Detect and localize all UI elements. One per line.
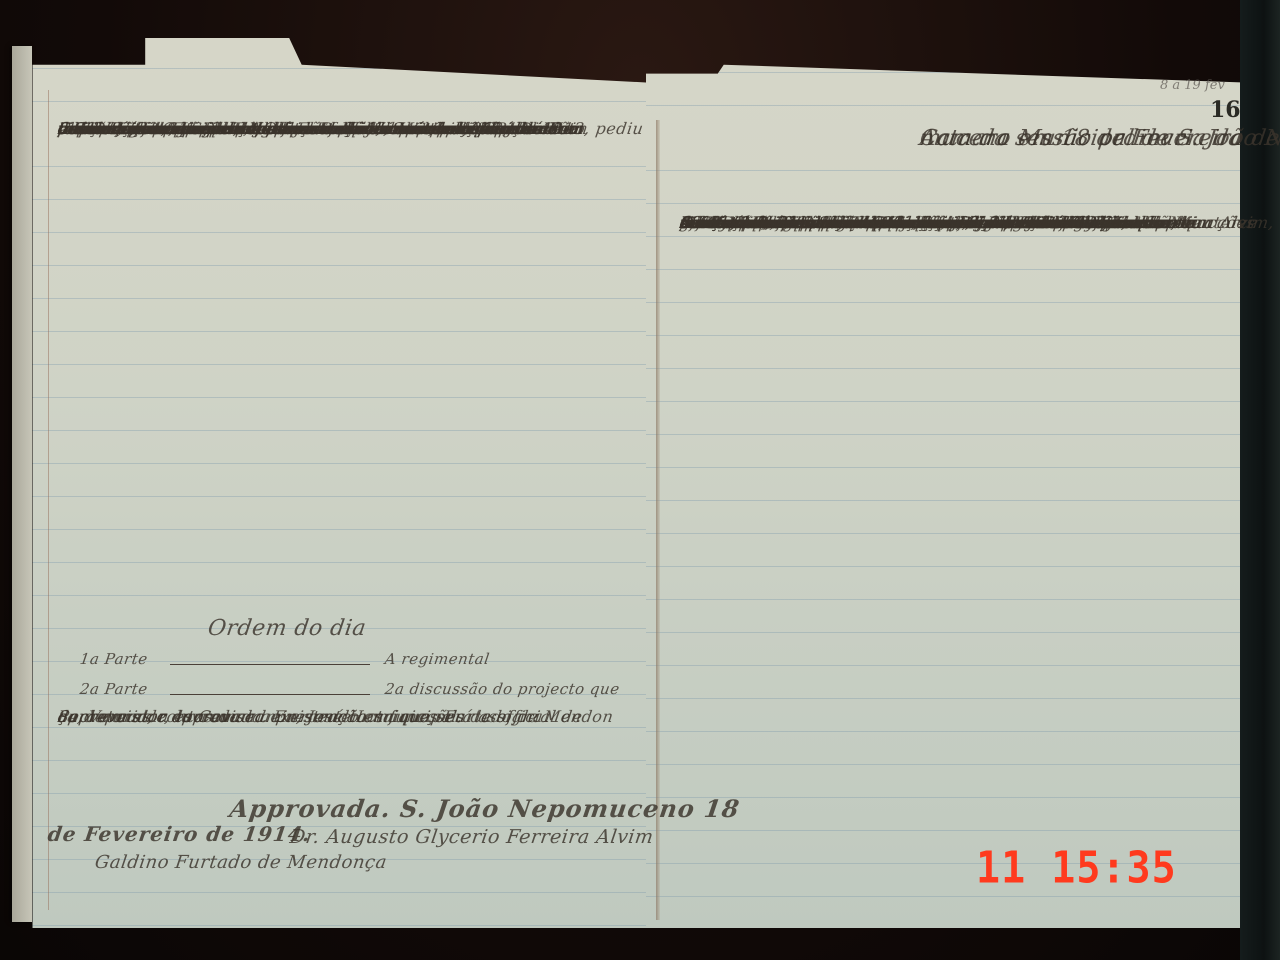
- approval-text: Approvada. S. João Nepomuceno 18: [228, 794, 742, 823]
- signature-president: Dr. Augusto Glycerio Ferreira Alvim: [288, 826, 655, 848]
- title-line: muceno em 18 de Fevereiro de 1914.: [918, 124, 1280, 154]
- text-line: offereceu tambem um projecto de resoluçã…: [678, 206, 1258, 239]
- text-line: Secretaria, a escrevi.: [56, 700, 244, 733]
- signature-secretary: Galdino Furtado de Mendonça: [94, 852, 389, 873]
- corner-note: 8 a 19 fev: [1160, 78, 1225, 93]
- part-2-label: 2a Parte: [79, 680, 149, 698]
- part-2-rule: [170, 694, 370, 695]
- part-1-rule: [170, 664, 370, 665]
- part-1-label: 1a Parte: [79, 650, 149, 668]
- left-page-stack-edge: [12, 46, 32, 922]
- approval-date: de Fevereiro de 1914.: [46, 822, 312, 846]
- part-2-value: 2a discussão do projecto que: [384, 680, 621, 698]
- text-line: nhã a seguinte: [56, 112, 187, 145]
- part-1-value: A regimental: [384, 650, 491, 668]
- page-number: 16: [1210, 97, 1241, 123]
- camera-timestamp: 11 15:35: [976, 843, 1177, 894]
- open-ledger: Cabimento a um filho Nelson e requerimen…: [0, 0, 1280, 960]
- ordem-do-dia-heading: Ordem do dia: [206, 616, 368, 641]
- left-margin-line: [48, 90, 49, 910]
